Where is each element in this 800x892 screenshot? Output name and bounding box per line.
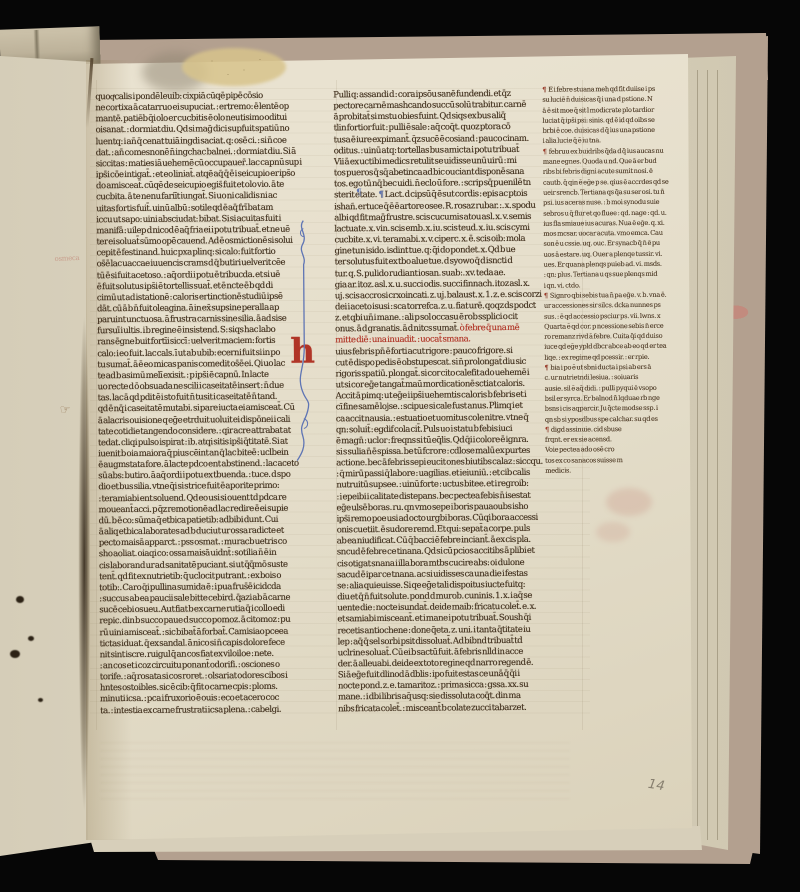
manicule-icon: ☞ (60, 402, 71, 416)
blue-paraph-mark: ¶ (378, 190, 385, 200)
red-pilcrow-icon: ¶ (542, 86, 546, 94)
red-pilcrow-icon: ¶ (544, 292, 548, 300)
pencil-folio-number: 14 (647, 777, 666, 794)
pen-flourish-blue (292, 219, 316, 463)
text-block: quoqͤ calis i pondē leuib: cixpiā cūqē… (0, 0, 800, 892)
marginal-gloss-column: ¶E i febre stuana meh qd fit duiise i ps… (542, 84, 695, 485)
manuscript-line: ta. : intestia ex carne frustrati icsa p… (100, 704, 340, 717)
red-pilcrow-icon: ¶ (543, 147, 547, 155)
blue-paraph-mark: ¶ (356, 188, 362, 198)
red-pilcrow-icon: ¶ (545, 425, 549, 433)
manuscript-line: nibs fricata colet̄. : misceant̄ b colat… (338, 702, 584, 715)
marginal-note-line: medicis. (545, 465, 695, 476)
red-pilcrow-icon: ¶ (544, 364, 548, 372)
manuscript-photo: quoqͤ calis i pondē leuib: cixpiā cūqē… (0, 0, 800, 892)
faded-marginal-note: osmeca (54, 254, 79, 263)
